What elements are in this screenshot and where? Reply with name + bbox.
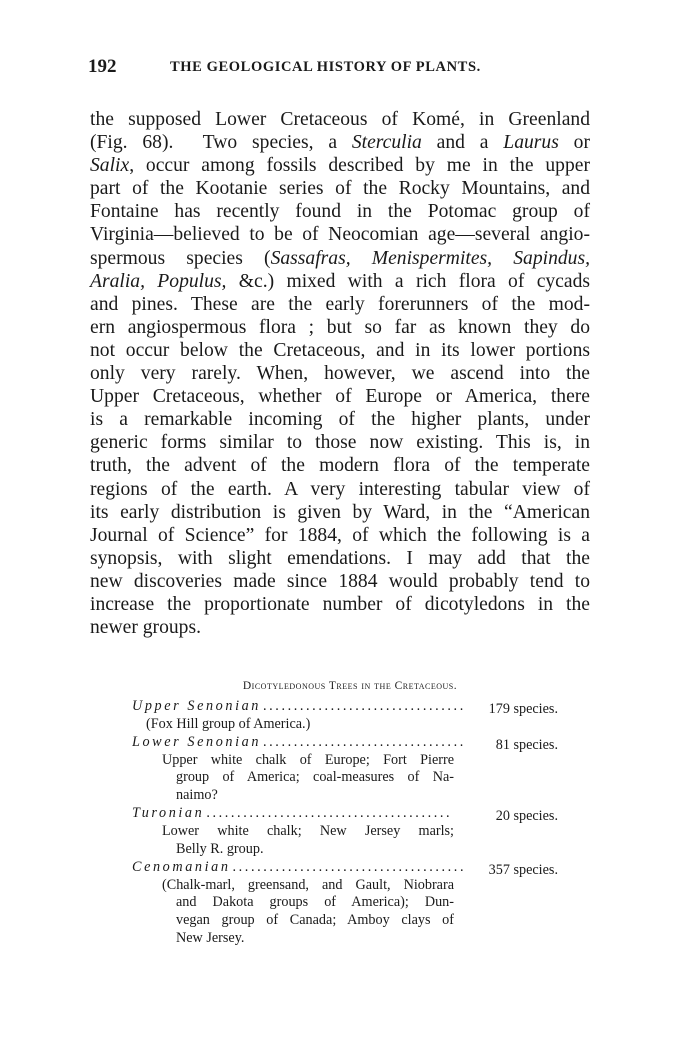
- table-row-lower-senonian: Lower Senonian..........................…: [132, 734, 558, 752]
- book-page: 192 THE GEOLOGICAL HISTORY OF PLANTS. th…: [0, 0, 685, 1050]
- taxon-laurus: Laurus: [503, 132, 559, 153]
- text-line: Virginia—believed to be of Neocomian age…: [90, 223, 590, 246]
- table-row-turonian: Turonian................................…: [132, 805, 558, 823]
- text-line: part of the Kootanie series of the Rocky…: [90, 177, 590, 200]
- text-line: not occur below the Cretaceous, and in i…: [90, 339, 590, 362]
- table-title: Dicotyledonous Trees in the Cretaceous.: [132, 678, 558, 696]
- text-line: generic forms similar to those now exist…: [90, 431, 590, 454]
- text-line: Upper Cretaceous, whether of Europe or A…: [90, 385, 590, 408]
- stage-description: Upper white chalk of Europe; Fort Pierre…: [132, 752, 454, 805]
- dot-leader: Turonian................................…: [132, 805, 466, 823]
- stage-description: (Fox Hill group of America.): [132, 716, 438, 734]
- dot-leader: Lower Senonian..........................…: [132, 734, 466, 752]
- cretaceous-species-table: Dicotyledonous Trees in the Cretaceous. …: [132, 678, 558, 948]
- text-line: Journal of Science” for 1884, of which t…: [90, 524, 590, 547]
- text-line: new discoveries made since 1884 would pr…: [90, 570, 590, 593]
- stage-name: Upper Senonian: [132, 698, 263, 714]
- stage-description: Lower white chalk; New Jersey marls; Bel…: [132, 823, 454, 859]
- stage-name: Turonian: [132, 805, 206, 821]
- text-line: Fontaine has recently found in the Potom…: [90, 200, 590, 223]
- stage-name: Lower Senonian: [132, 734, 263, 750]
- text-line: spermous species (Sassafras, Menispermit…: [90, 247, 590, 270]
- species-count: 179 species.: [489, 701, 558, 719]
- body-paragraph: the supposed Lower Cretaceous of Komé, i…: [90, 108, 590, 639]
- running-head: 192 THE GEOLOGICAL HISTORY OF PLANTS.: [88, 56, 608, 80]
- text-line: ern angiospermous flora ; but so far as …: [90, 316, 590, 339]
- text-line: truth, the advent of the modern flora of…: [90, 454, 590, 477]
- dot-leader: Cenomanian..............................…: [132, 859, 466, 877]
- species-count: 81 species.: [496, 737, 558, 755]
- species-count: 357 species.: [489, 862, 558, 880]
- stage-name: Cenomanian: [132, 859, 233, 875]
- text-line: increase the proportionate number of dic…: [90, 593, 590, 616]
- running-title: THE GEOLOGICAL HISTORY OF PLANTS.: [170, 59, 481, 76]
- page-number: 192: [88, 56, 117, 78]
- table-row-upper-senonian: Upper Senonian..........................…: [132, 698, 558, 716]
- stage-description: (Chalk-marl, greensand, and Gault, Niobr…: [132, 877, 454, 948]
- text-line: newer groups.: [90, 616, 590, 639]
- text-line: (Fig. 68). Two species, a Sterculia and …: [90, 131, 590, 154]
- text-line: and pines. These are the early forerunne…: [90, 293, 590, 316]
- dot-leader: Upper Senonian..........................…: [132, 698, 466, 716]
- taxon-sterculia: Sterculia: [352, 132, 422, 153]
- text-line: the supposed Lower Cretaceous of Komé, i…: [90, 108, 590, 131]
- species-count: 20 species.: [496, 808, 558, 826]
- text-line: synopsis, with slight emendations. I may…: [90, 547, 590, 570]
- text-line: only very rarely. When, however, we asce…: [90, 362, 590, 385]
- text-line: Aralia, Populus, &c.) mixed with a rich …: [90, 270, 590, 293]
- text-line: regions of the earth. A very interesting…: [90, 478, 590, 501]
- text-line: is a remarkable incoming of the higher p…: [90, 408, 590, 431]
- table-row-cenomanian: Cenomanian..............................…: [132, 859, 558, 877]
- taxon-salix: Salix: [90, 155, 129, 176]
- text-line: Salix, occur among fossils described by …: [90, 154, 590, 177]
- text-line: its early distribution is given by Ward,…: [90, 501, 590, 524]
